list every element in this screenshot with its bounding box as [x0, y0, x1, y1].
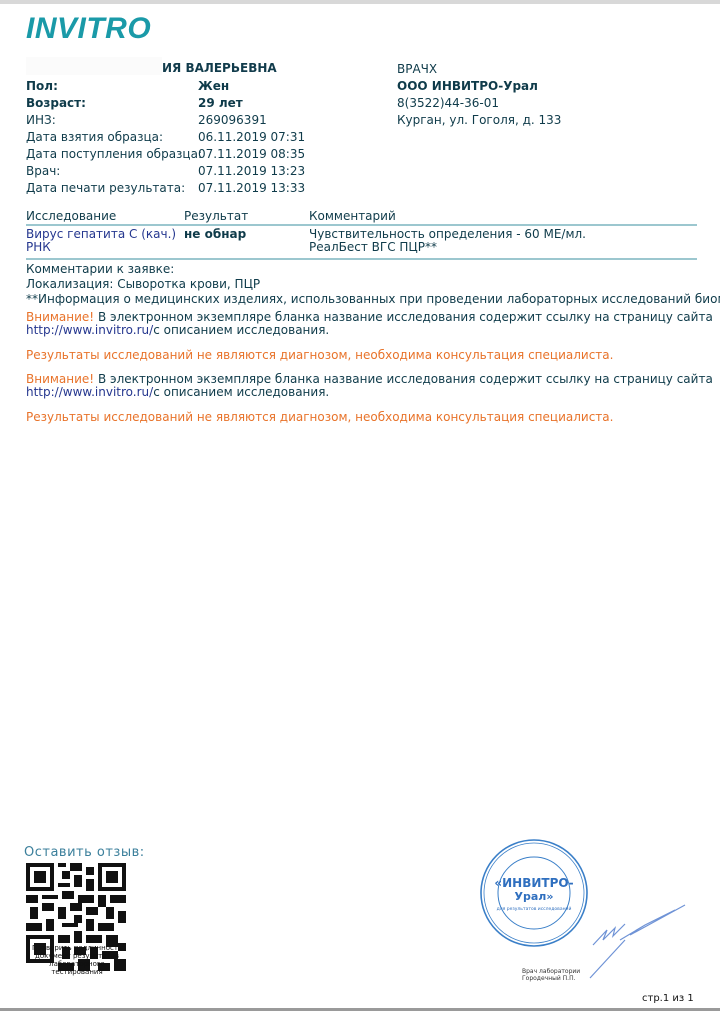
qr-caption-line: лабораторного тестирования: [25, 960, 129, 976]
notice-link-suffix: с описанием исследования.: [153, 385, 329, 399]
lab-info: ВРАЧХ ООО ИНВИТРО-Урал 8(3522)44-36-01 К…: [397, 61, 561, 129]
test-name-link[interactable]: Вирус гепатита С (кач.) РНК: [26, 228, 176, 254]
comment-line2: РеалБест ВГС ПЦР**: [309, 241, 586, 254]
table-divider: [26, 258, 697, 260]
comments-localization: Локализация: Сыворотка крови, ПЦР: [26, 277, 716, 292]
results-header: Исследование Результат Комментарий: [26, 208, 697, 224]
notice-link-suffix: с описанием исследования.: [153, 323, 329, 337]
site-link[interactable]: http://www.invitro.ru/: [26, 323, 153, 337]
lab-org: ООО ИНВИТРО-Урал: [397, 78, 561, 95]
patient-name: ИЯ ВАЛЕРЬЕВНА: [162, 61, 277, 75]
info-value: 29 лет: [198, 95, 243, 112]
info-label: Пол:: [26, 78, 58, 95]
svg-text:для результатов исследований: для результатов исследований: [497, 905, 572, 912]
qr-caption-line: документ результатов: [25, 952, 129, 960]
feedback-label: Оставить отзыв:: [24, 845, 145, 860]
notice-text: В электронном экземпляре бланка название…: [94, 310, 713, 324]
lab-phone: 8(3522)44-36-01: [397, 95, 561, 112]
doctor-name: Городечный П.П.: [522, 975, 580, 982]
info-label: Дата печати результата:: [26, 180, 185, 197]
info-value: 06.11.2019 07:31: [198, 129, 305, 146]
test-comment: Чувствительность определения - 60 МЕ/мл.…: [309, 228, 586, 254]
results-table: Исследование Результат Комментарий Вирус…: [26, 208, 697, 260]
disclaimer: Результаты исследований не являются диаг…: [26, 348, 716, 363]
info-value: 07.11.2019 13:33: [198, 180, 305, 197]
lab-doctor-label: ВРАЧХ: [397, 61, 561, 78]
top-edge: [0, 0, 720, 4]
test-result: не обнар: [184, 228, 246, 241]
doctor-title: Врач лаборатории: [522, 968, 580, 975]
info-value: 07.11.2019 13:23: [198, 163, 305, 180]
header-comment: Комментарий: [309, 208, 396, 224]
qr-caption-line: Проверить подлинность: [25, 944, 129, 952]
notice-attention: Внимание!: [26, 372, 94, 386]
header-test: Исследование: [26, 208, 116, 224]
header-result: Результат: [184, 208, 248, 224]
svg-text:Урал»: Урал»: [515, 890, 554, 903]
test-name-line2: РНК: [26, 241, 176, 254]
redacted-name-area: [26, 57, 162, 75]
info-value: 269096391: [198, 112, 267, 129]
lab-address: Курган, ул. Гоголя, д. 133: [397, 112, 561, 129]
invitro-logo: INVITRO: [26, 12, 151, 46]
info-value: Жен: [198, 78, 229, 95]
notice-block: Внимание! В электронном экземпляре бланк…: [26, 311, 716, 337]
notice-block: Внимание! В электронном экземпляре бланк…: [26, 373, 716, 399]
page-number: стр.1 из 1: [642, 993, 694, 1004]
table-row: Вирус гепатита С (кач.) РНК не обнар Чув…: [26, 226, 697, 258]
info-label: ИНЗ:: [26, 112, 56, 129]
info-label: Дата взятия образца:: [26, 129, 163, 146]
qr-caption: Проверить подлинность документ результат…: [25, 944, 129, 976]
info-label: Врач:: [26, 163, 60, 180]
notice-text: В электронном экземпляре бланка название…: [94, 372, 713, 386]
info-label: Дата поступления образца:: [26, 146, 202, 163]
doctor-signature-label: Врач лаборатории Городечный П.П.: [522, 968, 580, 982]
stamp-icon: «ИНВИТРО- Урал» для результатов исследов…: [478, 837, 590, 949]
comments-devices-note: **Информация о медицинских изделиях, исп…: [26, 292, 716, 307]
comments-title: Комментарии к заявке:: [26, 262, 716, 277]
notice-attention: Внимание!: [26, 310, 94, 324]
order-comments: Комментарии к заявке: Локализация: Сывор…: [26, 262, 716, 435]
info-label: Возраст:: [26, 95, 86, 112]
signature-icon: [585, 900, 695, 980]
disclaimer: Результаты исследований не являются диаг…: [26, 410, 716, 425]
svg-text:«ИНВИТРО-: «ИНВИТРО-: [494, 876, 573, 890]
site-link[interactable]: http://www.invitro.ru/: [26, 385, 153, 399]
info-value: 07.11.2019 08:35: [198, 146, 305, 163]
